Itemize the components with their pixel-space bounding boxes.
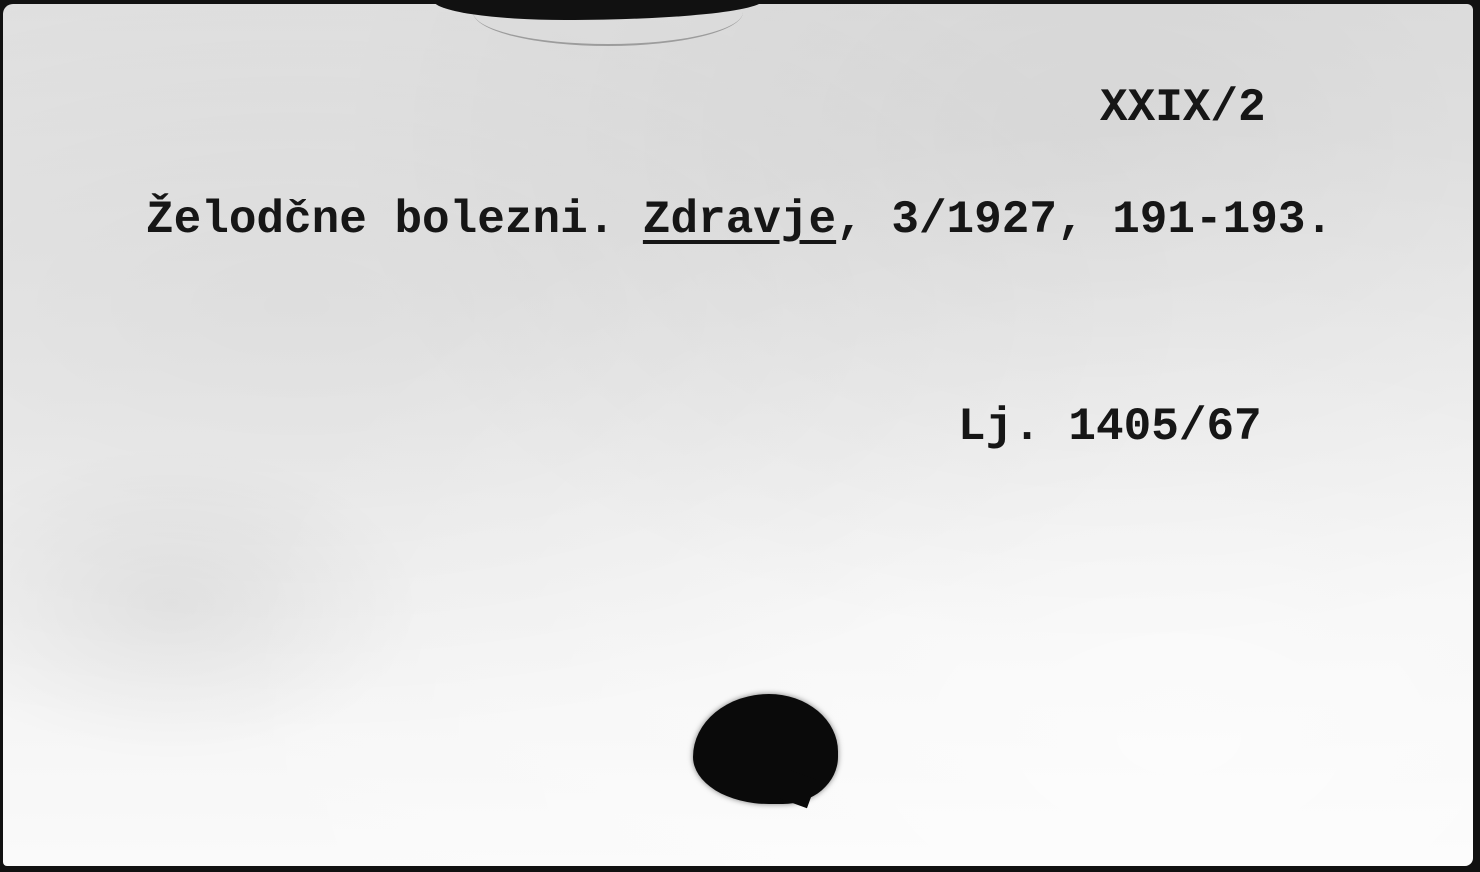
catalog-card: XXIX/2 Želodčne bolezni. Zdravje, 3/1927… xyxy=(3,4,1473,866)
punch-hole xyxy=(693,694,838,804)
issue-year: 3/1927, xyxy=(891,194,1084,246)
journal-separator: , xyxy=(836,194,864,246)
journal-title: Zdravje xyxy=(643,194,836,246)
holding-number: Lj. 1405/67 xyxy=(958,401,1262,453)
article-title: Želodčne bolezni. xyxy=(146,194,615,246)
call-number: XXIX/2 xyxy=(1100,82,1266,134)
paper-smudge xyxy=(3,444,423,764)
page-range: 191-193. xyxy=(1112,194,1333,246)
citation: Želodčne bolezni. Zdravje, 3/1927, 191-1… xyxy=(146,194,1333,246)
